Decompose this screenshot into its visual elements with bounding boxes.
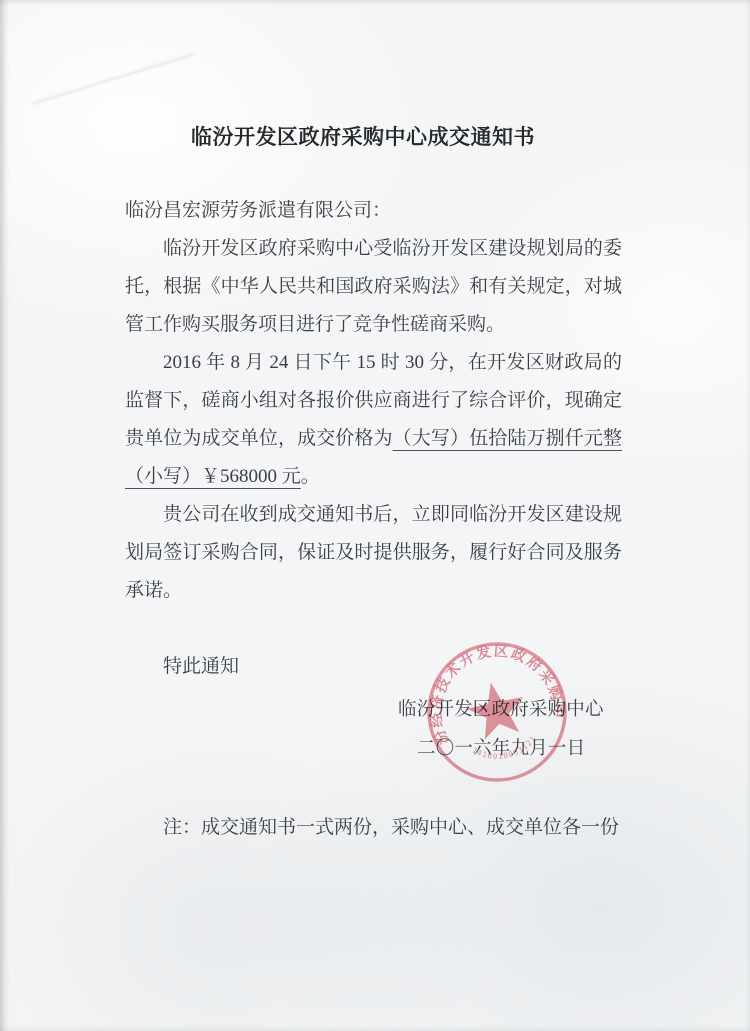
footnote-copies: 注：成交通知书一式两份，采购中心、成交单位各一份 (125, 812, 622, 839)
signature-org: 临汾开发区政府采购中心 (398, 695, 604, 721)
paper-crease (31, 53, 194, 105)
paragraph-commission: 临汾开发区政府采购中心受临汾开发区建设规划局的委托，根据《中华人民共和国政府采购… (125, 230, 622, 344)
document-title: 临汾开发区政府采购中心成交通知书 (0, 121, 726, 151)
addressee-line: 临汾昌宏源劳务派遣有限公司： (125, 192, 622, 230)
paragraph-award-result: 2016 年 8 月 24 日下午 15 时 30 分，在开发区财政局的监督下，… (125, 344, 622, 496)
scanned-notice-page: 临汾开发区政府采购中心成交通知书 临汾昌宏源劳务派遣有限公司： 临汾开发区政府采… (0, 0, 750, 1031)
award-result-period: 。 (301, 466, 320, 487)
closing-line: 特此通知 (125, 648, 622, 686)
document-body: 临汾昌宏源劳务派遣有限公司： 临汾开发区政府采购中心受临汾开发区建设规划局的委托… (125, 192, 622, 686)
paragraph-contract-instruction: 贵公司在收到成交通知书后，立即同临汾开发区建设规划局签订采购合同，保证及时提供服… (125, 496, 622, 610)
signature-date: 二〇一六年九月一日 (417, 734, 585, 760)
